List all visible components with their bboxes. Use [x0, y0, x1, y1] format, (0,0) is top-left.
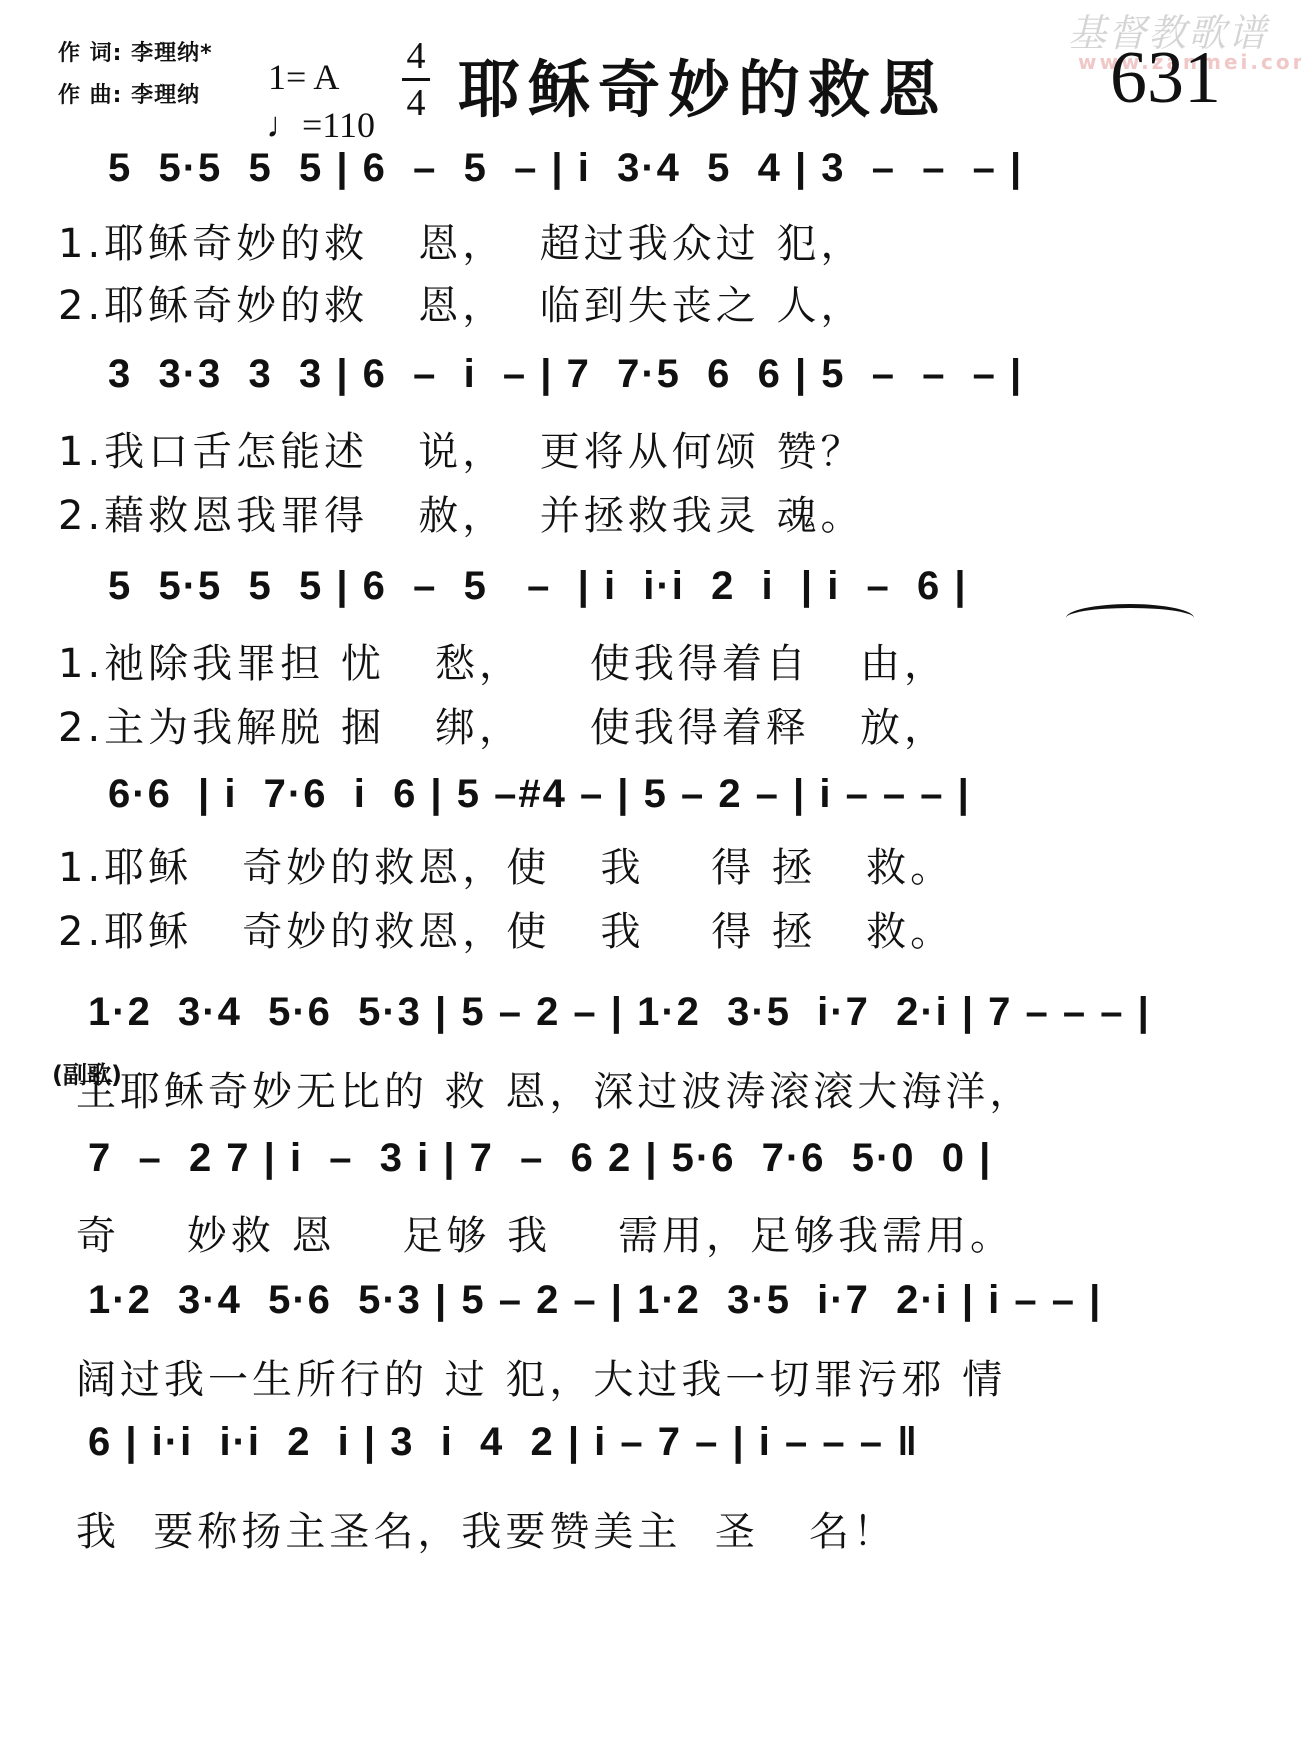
- notation-line-2: 3 3·3 3 3 | 6 – i – | 7 7·5 6 6 | 5 – – …: [108, 352, 1023, 397]
- time-signature-top: 4: [402, 36, 430, 76]
- lyric-line-7: 阔过我一生所行的 过 犯，大过我一切罪污邪 情: [76, 1348, 1006, 1405]
- composer-credit: 作 曲: 李理纳: [58, 78, 200, 109]
- hymn-number: 631: [1110, 36, 1221, 121]
- time-signature: 4 4: [402, 36, 430, 123]
- lyric-line-4-verse-1: 1.耶稣 奇妙的救恩，使 我 得 拯 救。: [58, 836, 954, 893]
- hymn-title: 耶稣奇妙的救恩: [458, 40, 948, 129]
- time-signature-bottom: 4: [402, 83, 430, 123]
- lyric-line-2-verse-2: 2.藉救恩我罪得 赦， 并拯救我灵 魂。: [58, 484, 864, 541]
- notation-line-5: 1·2 3·4 5·6 5·3 | 5 – 2 – | 1·2 3·5 i·7 …: [88, 990, 1151, 1035]
- lyric-line-5: 主耶稣奇妙无比的 救 恩，深过波涛滚滚大海洋，: [76, 1060, 1033, 1117]
- lyric-line-1-verse-2: 2.耶稣奇妙的救 恩， 临到失丧之 人，: [58, 274, 864, 331]
- lyric-line-3-verse-2: 2.主为我解脱 捆 绑， 使我得着释 放，: [58, 696, 948, 753]
- lyric-line-4-verse-2: 2.耶稣 奇妙的救恩，使 我 得 拯 救。: [58, 900, 954, 957]
- lyric-line-2-verse-1: 1.我口舌怎能述 说， 更将从何颂 赞？: [58, 420, 864, 477]
- key-signature: 1= A: [268, 56, 339, 98]
- time-signature-divider: [402, 78, 430, 81]
- lyricist-credit: 作 词: 李理纳*: [58, 36, 213, 67]
- lyric-line-3-verse-1: 1.祂除我罪担 忧 愁， 使我得着自 由，: [58, 632, 948, 689]
- lyric-line-8: 我 要称扬主圣名，我要赞美主 圣 名！: [76, 1500, 897, 1557]
- notation-line-4: 6·6 | i 7·6 i 6 | 5 –#4 – | 5 – 2 – | i …: [108, 772, 971, 817]
- lyric-line-1-verse-1: 1.耶稣奇妙的救 恩， 超过我众过 犯，: [58, 212, 864, 269]
- notation-line-3: 5 5·5 5 5 | 6 – 5 – | i i·i 2 i | i – 6 …: [108, 564, 968, 609]
- slur-tie: [1066, 604, 1194, 632]
- notation-line-6: 7 – 2 7 | i – 3 i | 7 – 6 2 | 5·6 7·6 5·…: [88, 1136, 992, 1181]
- lyric-line-6: 奇 妙救 恩 足够 我 需用，足够我需用。: [76, 1204, 1014, 1261]
- tempo-marking: ♩=110: [266, 104, 375, 146]
- notation-line-8: 6 | i·i i·i 2 i | 3 i 4 2 | i – 7 – | i …: [88, 1420, 919, 1465]
- notation-line-1: 5 5·5 5 5 | 6 – 5 – | i 3·4 5 4 | 3 – – …: [108, 146, 1023, 191]
- notation-line-7: 1·2 3·4 5·6 5·3 | 5 – 2 – | 1·2 3·5 i·7 …: [88, 1278, 1102, 1323]
